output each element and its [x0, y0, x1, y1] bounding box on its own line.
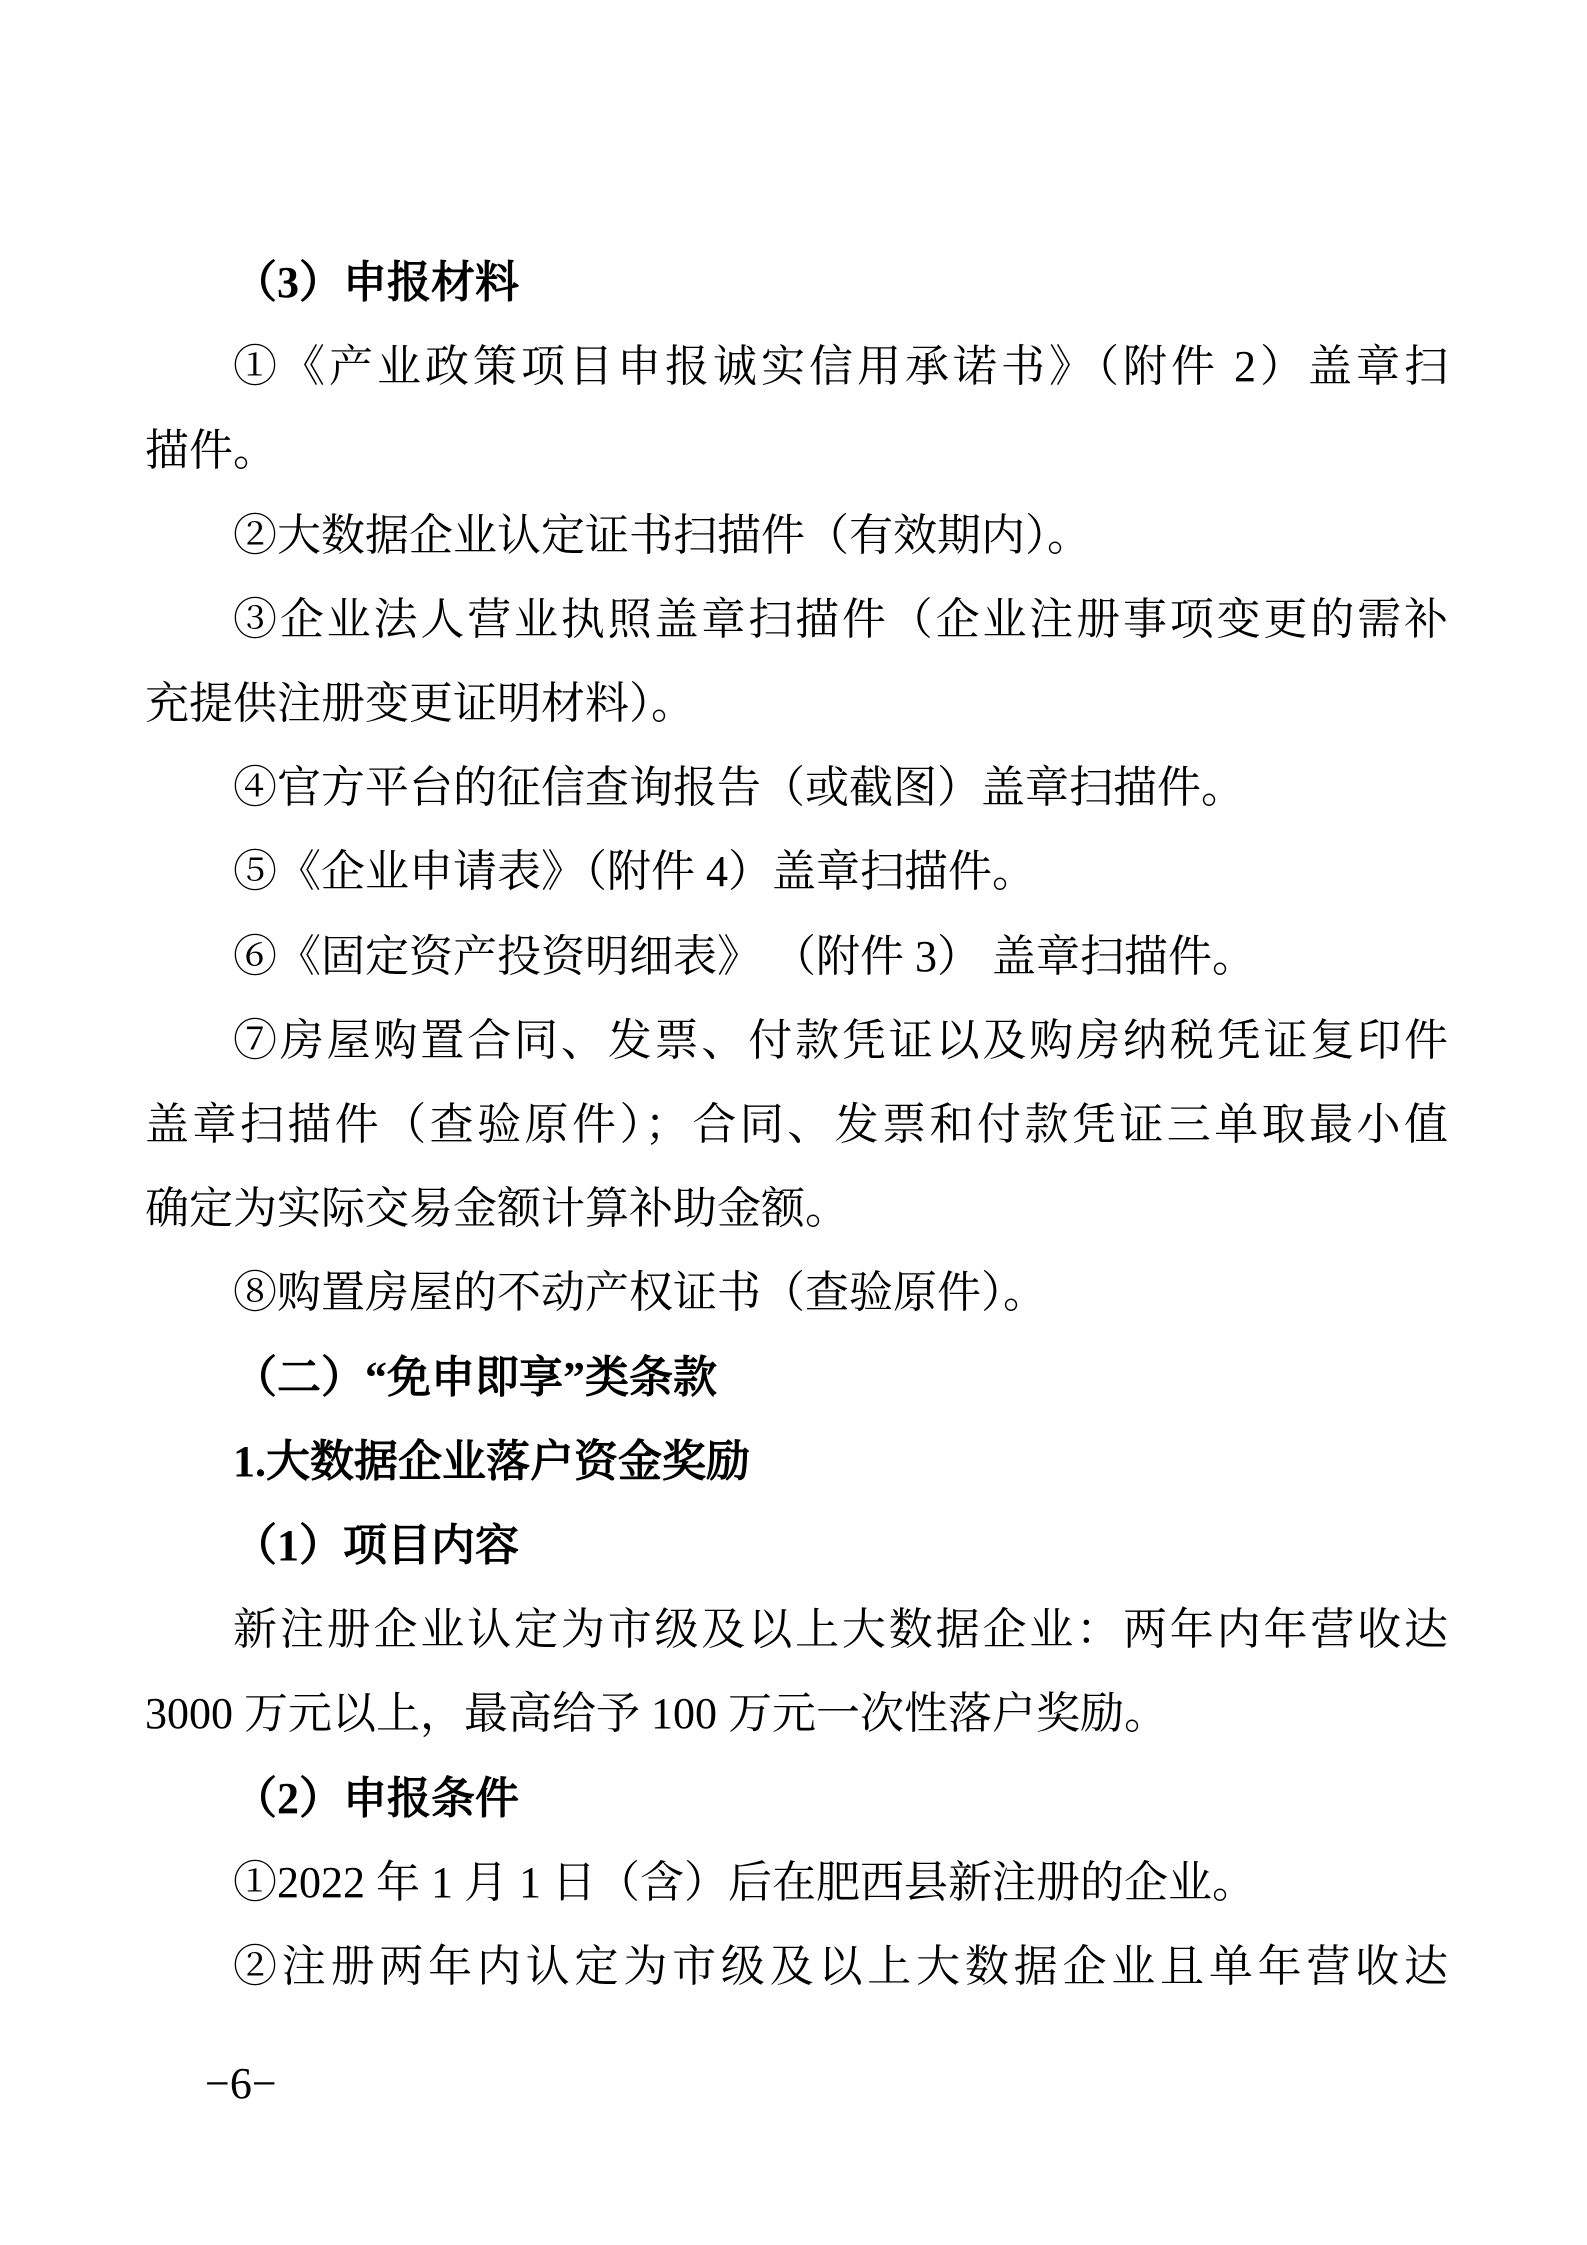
text-line: 描件。 — [145, 409, 1448, 493]
heading-line: （二）“免申即享”类条款 — [145, 1336, 1448, 1420]
text-line: ②大数据企业认定证书扫描件（有效期内）。 — [145, 494, 1448, 578]
text-line: ③企业法人营业执照盖章扫描件（企业注册事项变更的需补 — [145, 578, 1448, 662]
text-line: ①《产业政策项目申报诚实信用承诺书》（附件 2）盖章扫 — [145, 325, 1448, 409]
text-line: 充提供注册变更证明材料）。 — [145, 662, 1448, 746]
text-line: ④官方平台的征信查询报告（或截图）盖章扫描件。 — [145, 746, 1448, 830]
text-line: ⑥《固定资产投资明细表》 （附件 3） 盖章扫描件。 — [145, 915, 1448, 999]
text-line: ②注册两年内认定为市级及以上大数据企业且单年营收达 — [145, 1925, 1448, 2009]
heading-line: （3）申报材料 — [145, 241, 1448, 325]
document-page: （3）申报材料①《产业政策项目申报诚实信用承诺书》（附件 2）盖章扫描件。②大数… — [0, 0, 1587, 2245]
text-line: 确定为实际交易金额计算补助金额。 — [145, 1167, 1448, 1251]
text-line: 盖章扫描件（查验原件）；合同、发票和付款凭证三单取最小值 — [145, 1083, 1448, 1167]
heading-line: 1.大数据企业落户资金奖励 — [145, 1420, 1448, 1504]
text-line: 新注册企业认定为市级及以上大数据企业：两年内年营收达 — [145, 1588, 1448, 1672]
text-line: ⑤《企业申请表》（附件 4）盖章扫描件。 — [145, 830, 1448, 914]
text-line: ①2022 年 1 月 1 日（含）后在肥西县新注册的企业。 — [145, 1841, 1448, 1925]
text-line: ⑧购置房屋的不动产权证书（查验原件）。 — [145, 1251, 1448, 1335]
heading-line: （2）申报条件 — [145, 1757, 1448, 1841]
text-line: ⑦房屋购置合同、发票、付款凭证以及购房纳税凭证复印件 — [145, 999, 1448, 1083]
page-number: −6− — [205, 2060, 277, 2108]
text-line: 3000 万元以上，最高给予 100 万元一次性落户奖励。 — [145, 1672, 1448, 1756]
document-body: （3）申报材料①《产业政策项目申报诚实信用承诺书》（附件 2）盖章扫描件。②大数… — [145, 241, 1448, 2009]
heading-line: （1）项目内容 — [145, 1504, 1448, 1588]
